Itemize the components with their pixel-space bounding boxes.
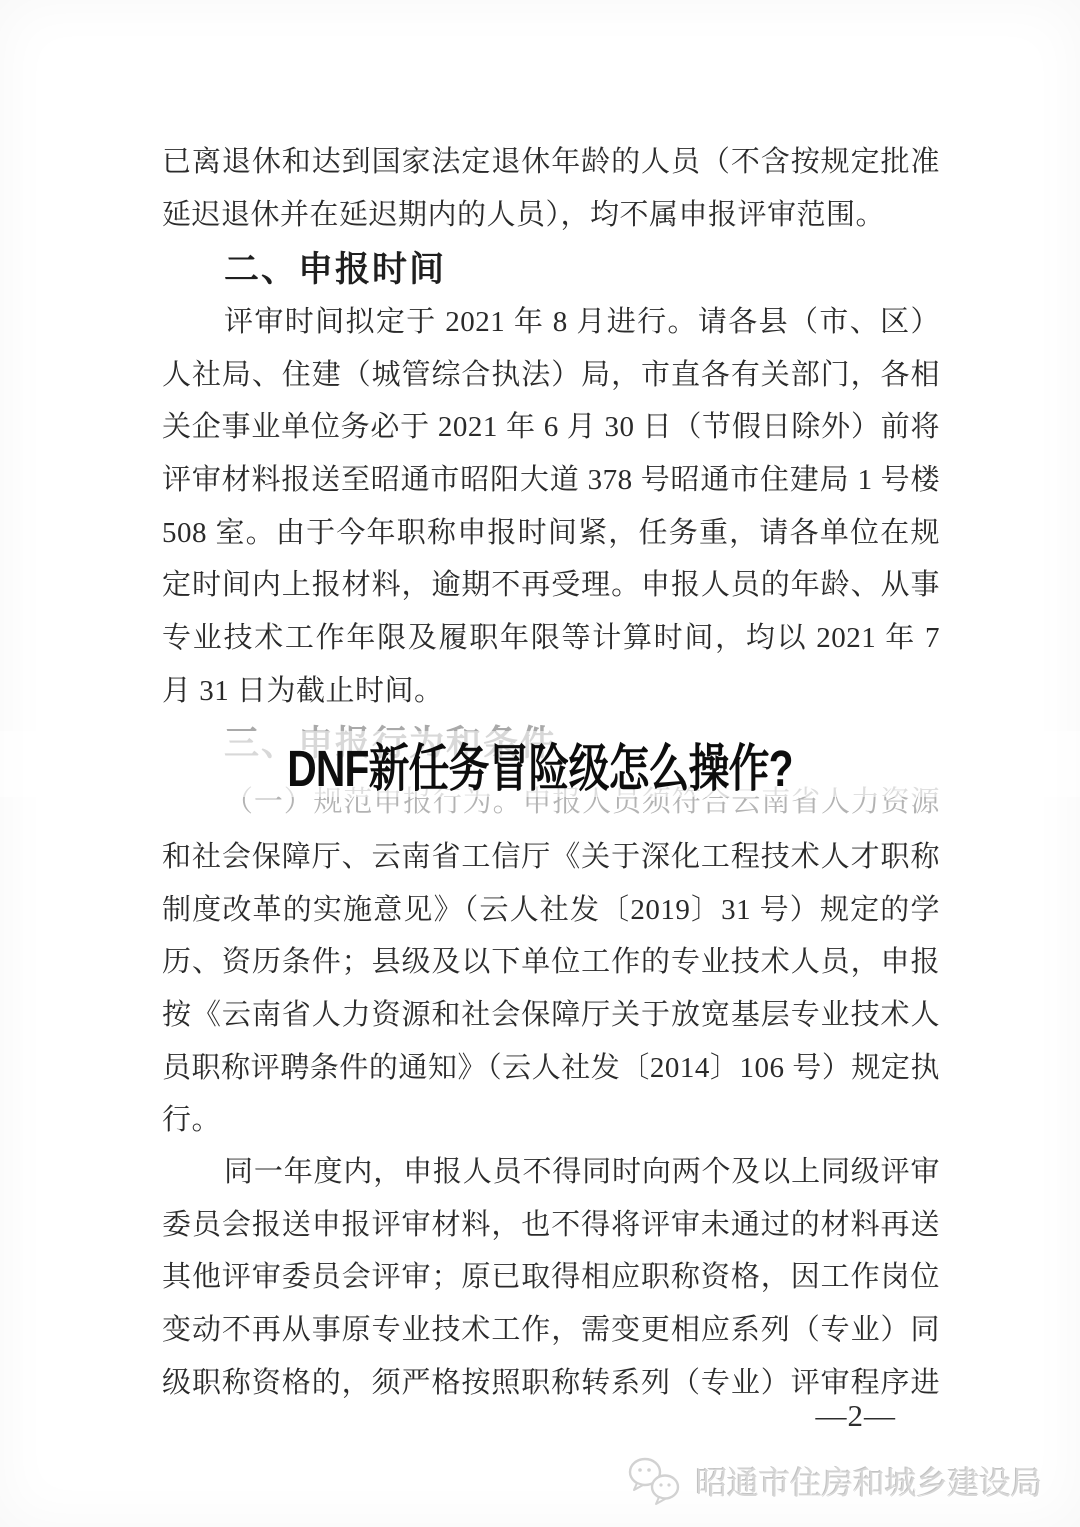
section3-paragraph2: 同一年度内，申报人员不得同时向两个及以上同级评审 委员会报送申报评审材料，也不得… <box>162 1146 940 1409</box>
section2: 二、申报时间 <box>162 244 940 296</box>
doc-line: 制度改革的实施意见》（云人社发〔2019〕31 号）规定的学 <box>162 884 940 937</box>
doc-line: 人社局、住建（城管综合执法）局，市直各有关部门，各相 <box>162 349 940 402</box>
scanned-document-page: 已离退休和达到国家法定退休年龄的人员（不含按规定批准 延迟退休并在延迟期内的人员… <box>0 0 1080 1527</box>
doc-line: 508 室。由于今年职称申报时间紧，任务重，请各单位在规 <box>162 507 940 560</box>
doc-line: 延迟退休并在延迟期内的人员），均不属申报评审范围。 <box>162 189 940 242</box>
doc-line: 已离退休和达到国家法定退休年龄的人员（不含按规定批准 <box>162 136 940 189</box>
chat-bubbles-logo <box>625 1452 687 1510</box>
doc-line: 关企事业单位务必于 2021 年 6 月 30 日（节假日除外）前将 <box>162 401 940 454</box>
doc-line: 员职称评聘条件的通知》（云人社发〔2014〕106 号）规定执 <box>162 1042 940 1095</box>
overlay-headline-band: DNF新任务冒险级怎么操作? <box>0 731 1080 797</box>
doc-line: 委员会报送申报评审材料，也不得将评审未通过的材料再送 <box>162 1199 940 1252</box>
doc-line: 历、资历条件；县级及以下单位工作的专业技术人员，申报 <box>162 936 940 989</box>
section3-body: 和社会保障厅、云南省工信厅《关于深化工程技术人才职称 制度改革的实施意见》（云人… <box>162 831 940 1147</box>
section2-heading: 二、申报时间 <box>162 244 940 296</box>
overlay-headline: DNF新任务冒险级怎么操作? <box>287 727 793 801</box>
page-number: —2— <box>162 1393 940 1439</box>
doc-line: 同一年度内，申报人员不得同时向两个及以上同级评审 <box>162 1146 940 1199</box>
section2-body: 评审时间拟定于 2021 年 8 月进行。请各县（市、区） 人社局、住建（城管综… <box>162 296 940 718</box>
doc-line: 按《云南省人力资源和社会保障厅关于放宽基层专业技术人 <box>162 989 940 1042</box>
intro-paragraph: 已离退休和达到国家法定退休年龄的人员（不含按规定批准 延迟退休并在延迟期内的人员… <box>162 136 940 241</box>
doc-line: 评审时间拟定于 2021 年 8 月进行。请各县（市、区） <box>162 296 940 349</box>
doc-line: 其他评审委员会评审；原已取得相应职称资格，因工作岗位 <box>162 1251 940 1304</box>
doc-line: 评审材料报送至昭通市昭阳大道 378 号昭通市住建局 1 号楼 <box>162 454 940 507</box>
doc-line: 行。 <box>162 1094 940 1147</box>
doc-line: 专业技术工作年限及履职年限等计算时间，均以 2021 年 7 <box>162 612 940 665</box>
footer-watermark: 昭通市住房和城乡建设局 <box>625 1452 1042 1510</box>
doc-line: 定时间内上报材料，逾期不再受理。申报人员的年龄、从事 <box>162 559 940 612</box>
doc-line: 和社会保障厅、云南省工信厅《关于深化工程技术人才职称 <box>162 831 940 884</box>
doc-line: 变动不再从事原专业技术工作，需变更相应系列（专业）同 <box>162 1304 940 1357</box>
doc-line: 月 31 日为截止时间。 <box>162 665 940 718</box>
footer-agency-name: 昭通市住房和城乡建设局 <box>695 1458 1042 1504</box>
